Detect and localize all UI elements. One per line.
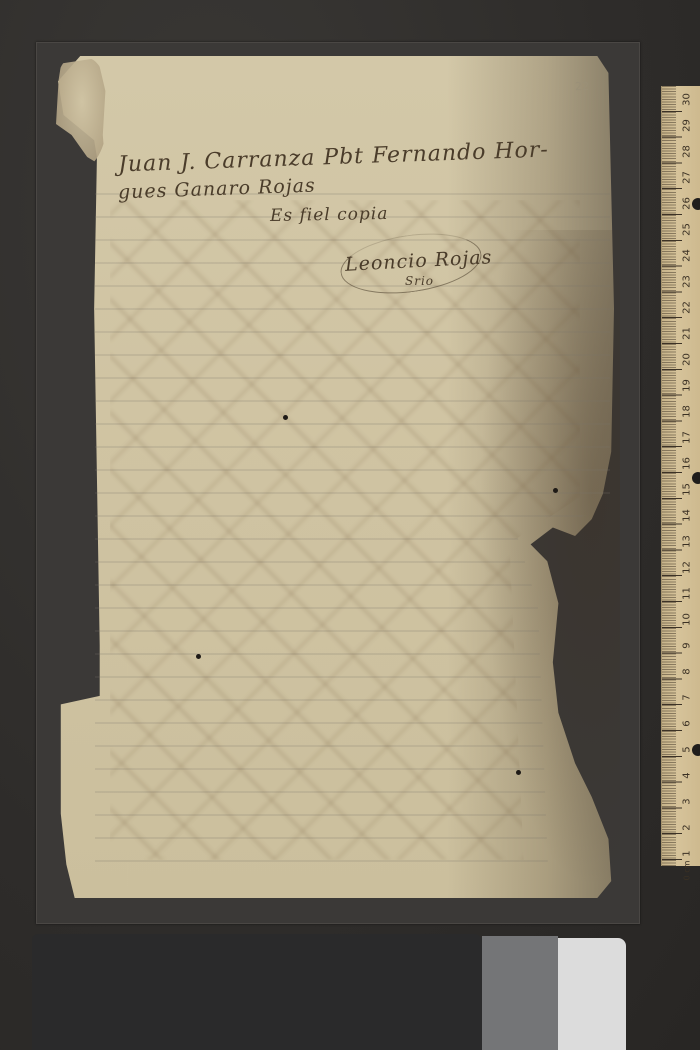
ruler-label: 27 (682, 167, 693, 189)
ruler-label: 9 (682, 635, 693, 657)
ruler-label: 23 (682, 271, 693, 293)
ruler-label: 28 (682, 141, 693, 163)
ruler-label: 14 (682, 505, 693, 527)
ruler-label: 19 (682, 375, 693, 397)
paper-hole (553, 488, 558, 493)
ruler-label: 30 (682, 89, 693, 111)
ruler-label: 13 (682, 531, 693, 553)
handwritten-line-3: Es fiel copia (270, 204, 389, 226)
ruler-label: 29 (682, 115, 693, 137)
ruler-major-ticks (662, 86, 682, 866)
paper-hole (516, 770, 521, 775)
paper-hole (196, 654, 201, 659)
color-target-gray (482, 936, 558, 1050)
bleed-through-text (110, 200, 580, 860)
ruler-label: 20 (682, 349, 693, 371)
ruler-hole (692, 198, 700, 210)
ruler-label: 6 (682, 713, 693, 735)
ruler-label: 11 (682, 583, 693, 605)
ruler-label: 22 (682, 297, 693, 319)
ruler-label: 0 cm (683, 860, 692, 882)
ruler-label: 21 (682, 323, 693, 345)
ruler-label: 10 (682, 609, 693, 631)
signature-title: Srio (405, 274, 434, 288)
ruler-label: 2 (682, 817, 693, 839)
ruler-label: 3 (682, 791, 693, 813)
ruler-label: 26 (682, 193, 693, 215)
ruler-label: 12 (682, 557, 693, 579)
ruler-label: 17 (682, 427, 693, 449)
ruler-label: 7 (682, 687, 693, 709)
page-number: 22 (575, 80, 589, 93)
color-target-white (558, 938, 626, 1050)
ruler-label: 4 (682, 765, 693, 787)
ruler-hole (692, 744, 700, 756)
ruler-label: 5 (682, 739, 693, 761)
paper-hole (283, 415, 288, 420)
ruler-hole (692, 472, 700, 484)
ruler-label: 8 (682, 661, 693, 683)
ruler-label: 16 (682, 453, 693, 475)
ruler-label: 25 (682, 219, 693, 241)
measurement-ruler: 30 29 28 27 26 25 24 23 22 21 20 19 18 1… (661, 86, 700, 866)
ruler-label: 18 (682, 401, 693, 423)
ruler-label: 15 (682, 479, 693, 501)
color-target-black (32, 934, 482, 1050)
ruler-label: 24 (682, 245, 693, 267)
